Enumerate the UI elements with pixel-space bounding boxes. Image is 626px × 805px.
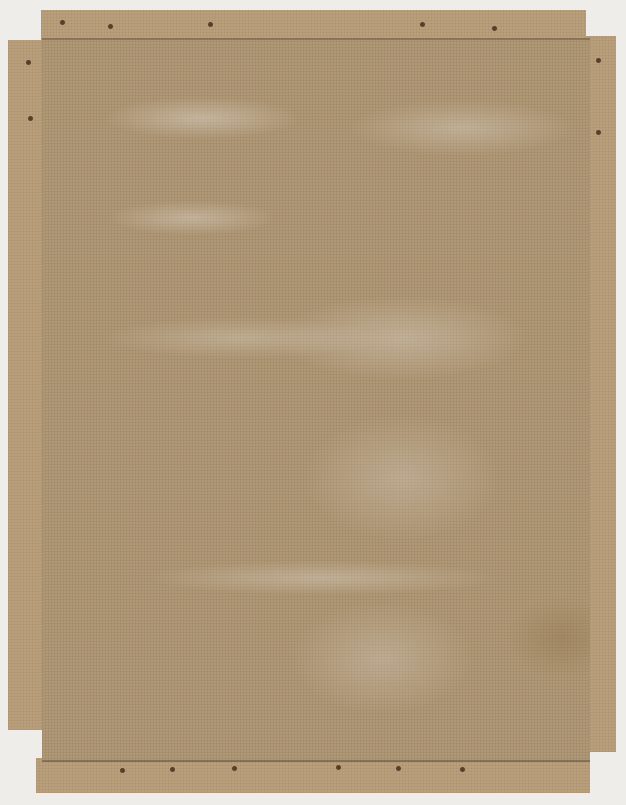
nail-hole xyxy=(596,58,601,63)
nail-hole xyxy=(420,22,425,27)
canvas-photograph xyxy=(0,0,626,805)
nail-hole xyxy=(208,22,213,27)
nail-hole xyxy=(492,26,497,31)
nail-hole xyxy=(460,767,465,772)
nail-hole xyxy=(596,130,601,135)
nail-hole xyxy=(28,116,33,121)
nail-hole xyxy=(336,765,341,770)
nail-hole xyxy=(396,766,401,771)
nail-hole xyxy=(108,24,113,29)
nail-hole xyxy=(60,20,65,25)
canvas-back xyxy=(42,38,590,762)
nail-hole xyxy=(232,766,237,771)
nail-hole xyxy=(170,767,175,772)
nail-hole xyxy=(26,60,31,65)
bottom-tacking-margin xyxy=(36,758,590,793)
nail-hole xyxy=(120,768,125,773)
